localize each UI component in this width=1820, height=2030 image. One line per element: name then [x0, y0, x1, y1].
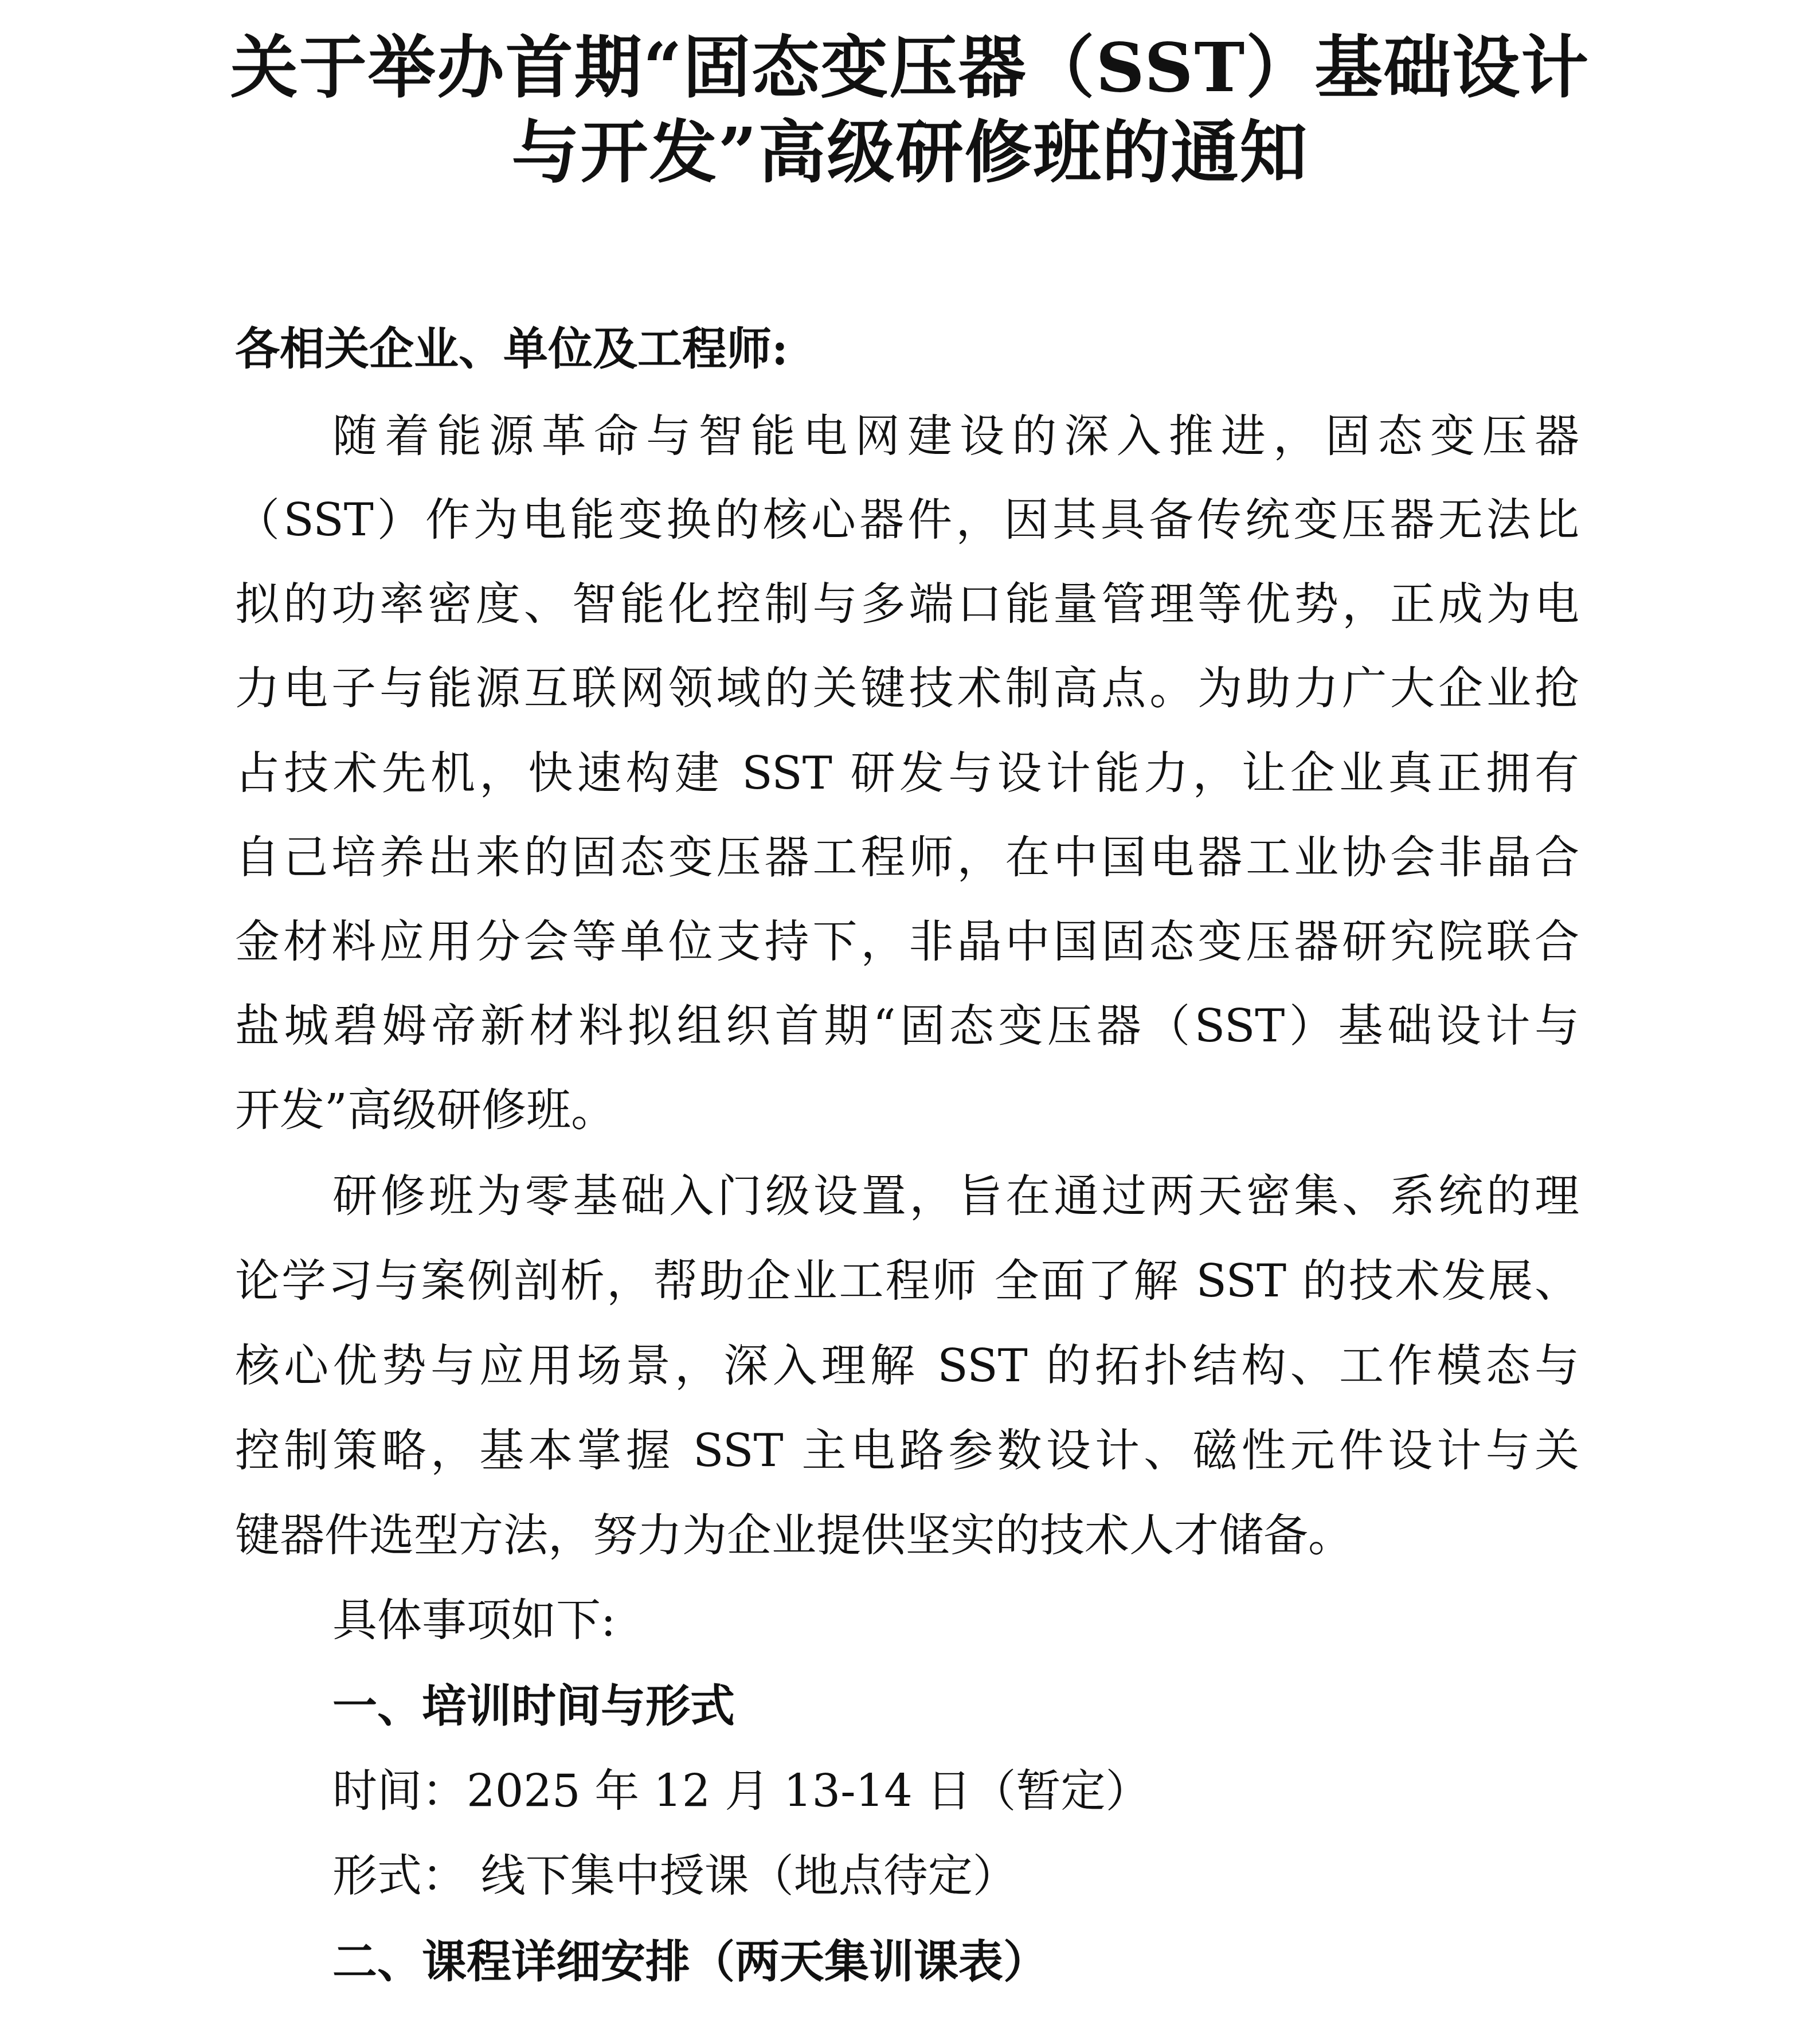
paragraph-1-line: 金材料应用分会等单位支持下，非晶中国固态变压器研究院联合: [235, 914, 1579, 971]
paragraph-1-line: 开发”高级研修班。: [235, 1082, 1579, 1139]
paragraph-2-line: 键器件选型方法，努力为企业提供坚实的技术人才储备。: [235, 1507, 1579, 1565]
paragraph-1-line: 占技术先机，快速构建 SST 研发与设计能力，让企业真正拥有: [235, 745, 1579, 802]
paragraph-1-line: 自己培养出来的固态变压器工程师，在中国电器工业协会非晶合: [235, 829, 1579, 887]
salutation: 各相关企业、单位及工程师:: [235, 321, 1579, 378]
training-format: 形式： 线下集中授课（地点待定）: [332, 1848, 1579, 1905]
paragraph-2-line: 核心优势与应用场景，深入理解 SST 的拓扑结构、工作模态与: [235, 1338, 1579, 1395]
paragraph-2-line: 论学习与案例剖析，帮助企业工程师 全面了解 SST 的技术发展、: [235, 1253, 1579, 1310]
paragraph-1-line: 力电子与能源互联网领域的关键技术制高点。为助力广大企业抢: [235, 660, 1579, 718]
section-2-heading: 二、课程详细安排（两天集训课表）: [332, 1934, 1579, 1991]
paragraph-1-line: 拟的功率密度、智能化控制与多端口能量管理等优势，正成为电: [235, 576, 1579, 633]
training-time: 时间：2025 年 12 月 13-14 日（暂定）: [332, 1763, 1579, 1820]
section-1-heading: 一、培训时间与形式: [332, 1678, 1579, 1735]
details-intro: 具体事项如下:: [332, 1592, 1579, 1649]
paragraph-2-line: 控制策略，基本掌握 SST 主电路参数设计、磁性元件设计与关: [235, 1422, 1579, 1480]
paragraph-1-line: （SST）作为电能变换的核心器件，因其具备传统变压器无法比: [235, 492, 1579, 549]
paragraph-1-line: 随着能源革命与智能电网建设的深入推进，固态变压器: [332, 408, 1579, 465]
paragraph-2-line: 研修班为零基础入门级设置，旨在通过两天密集、系统的理: [332, 1168, 1579, 1225]
document-title-line-1: 关于举办首期“固态变压器（SST）基础设计: [0, 28, 1820, 108]
document-page: 关于举办首期“固态变压器（SST）基础设计 与开发”高级研修班的通知 各相关企业…: [0, 0, 1820, 2030]
paragraph-1-line: 盐城碧姆帝新材料拟组织首期“固态变压器（SST）基础设计与: [235, 998, 1579, 1055]
document-title-line-2: 与开发”高级研修班的通知: [0, 112, 1820, 193]
